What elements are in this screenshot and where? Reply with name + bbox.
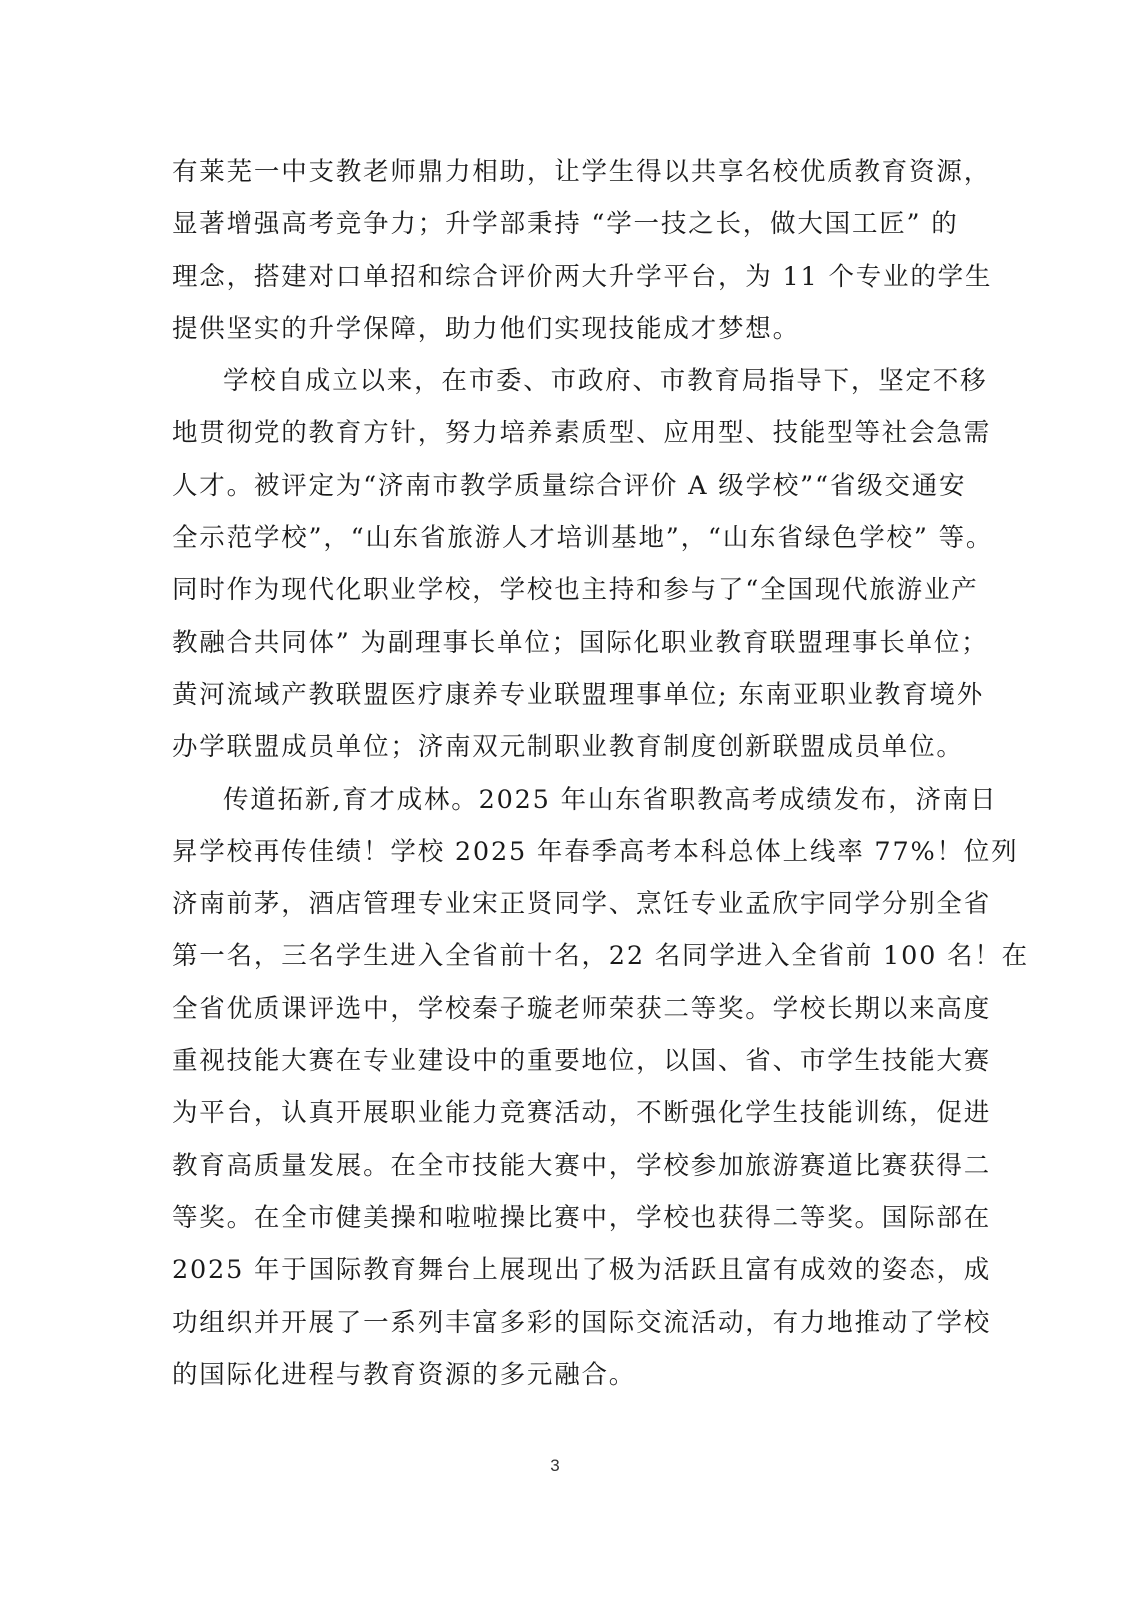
body-text: 有莱芜一中支教老师鼎力相助，让学生得以共享名校优质教育资源， 显著增强高考竞争力…	[172, 146, 944, 1401]
text-line: 同时作为现代化职业学校，学校也主持和参与了“全国现代旅游业产	[172, 564, 944, 616]
paragraph-1: 有莱芜一中支教老师鼎力相助，让学生得以共享名校优质教育资源， 显著增强高考竞争力…	[172, 146, 944, 355]
text-line: 提供坚实的升学保障，助力他们实现技能成才梦想。	[172, 303, 944, 355]
paragraph-3: 传道拓新,育才成林。2025 年山东省职教高考成绩发布，济南日 昇学校再传佳绩！…	[172, 774, 944, 1402]
text-line: 地贯彻党的教育方针，努力培养素质型、应用型、技能型等社会急需	[172, 407, 944, 459]
text-line: 教育高质量发展。在全市技能大赛中，学校参加旅游赛道比赛获得二	[172, 1140, 944, 1192]
text-line: 功组织并开展了一系列丰富多彩的国际交流活动，有力地推动了学校	[172, 1297, 944, 1349]
text-line: 昇学校再传佳绩！学校 2025 年春季高考本科总体上线率 77%！位列	[172, 826, 944, 878]
text-line: 传道拓新,育才成林。2025 年山东省职教高考成绩发布，济南日	[172, 774, 944, 826]
page-number: 3	[0, 1456, 1110, 1476]
paragraph-2: 学校自成立以来，在市委、市政府、市教育局指导下，坚定不移 地贯彻党的教育方针，努…	[172, 355, 944, 773]
text-line: 济南前茅，酒店管理专业宋正贤同学、烹饪专业孟欣宇同学分别全省	[172, 878, 944, 930]
text-line: 全省优质课评选中，学校秦子璇老师荣获二等奖。学校长期以来高度	[172, 983, 944, 1035]
text-line: 理念，搭建对口单招和综合评价两大升学平台，为 11 个专业的学生	[172, 251, 944, 303]
text-line: 为平台，认真开展职业能力竞赛活动，不断强化学生技能训练，促进	[172, 1087, 944, 1139]
text-line: 学校自成立以来，在市委、市政府、市教育局指导下，坚定不移	[172, 355, 944, 407]
text-line: 重视技能大赛在专业建设中的重要地位，以国、省、市学生技能大赛	[172, 1035, 944, 1087]
text-line: 等奖。在全市健美操和啦啦操比赛中，学校也获得二等奖。国际部在	[172, 1192, 944, 1244]
text-line: 人才。被评定为“济南市教学质量综合评价 A 级学校”“省级交通安	[172, 460, 944, 512]
text-line: 显著增强高考竞争力；升学部秉持 “学一技之长，做大国工匠” 的	[172, 198, 944, 250]
text-line: 2025 年于国际教育舞台上展现出了极为活跃且富有成效的姿态，成	[172, 1244, 944, 1296]
text-line: 有莱芜一中支教老师鼎力相助，让学生得以共享名校优质教育资源，	[172, 146, 944, 198]
text-line: 的国际化进程与教育资源的多元融合。	[172, 1349, 944, 1401]
text-line: 办学联盟成员单位；济南双元制职业教育制度创新联盟成员单位。	[172, 721, 944, 773]
text-line: 全示范学校”，“山东省旅游人才培训基地”，“山东省绿色学校” 等。	[172, 512, 944, 564]
document-page: 有莱芜一中支教老师鼎力相助，让学生得以共享名校优质教育资源， 显著增强高考竞争力…	[0, 0, 1130, 1600]
text-line: 第一名，三名学生进入全省前十名，22 名同学进入全省前 100 名！在	[172, 930, 944, 982]
text-line: 教融合共同体” 为副理事长单位；国际化职业教育联盟理事长单位；	[172, 617, 944, 669]
text-line: 黄河流域产教联盟医疗康养专业联盟理事单位; 东南亚职业教育境外	[172, 669, 944, 721]
